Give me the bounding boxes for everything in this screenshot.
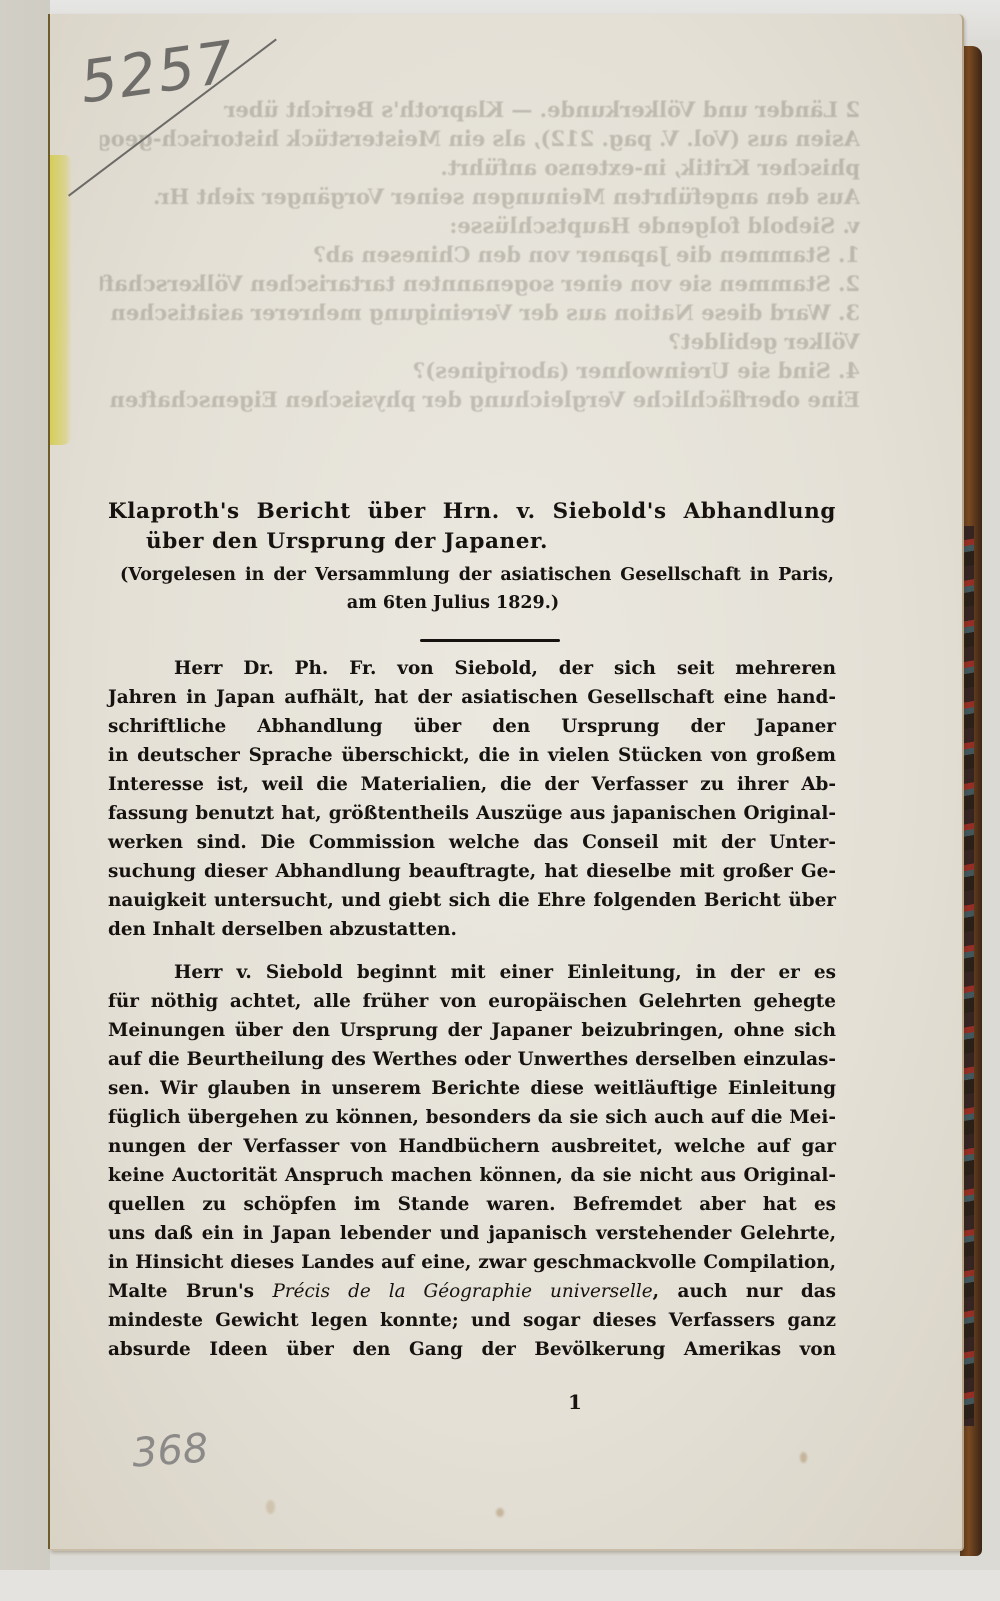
foxing-spot <box>496 1508 504 1517</box>
handwritten-number: 368 <box>130 1425 209 1476</box>
bleed-through-text: 2 Länder und Völkerkunde. — Klaproth's B… <box>100 95 860 475</box>
foxing-spot <box>800 1452 807 1463</box>
article-subtitle: (Vorgelesen in der Versammlung der asiat… <box>108 561 836 617</box>
page-number: 1 <box>568 1390 582 1414</box>
foxing-spot <box>266 1500 275 1514</box>
article-body: Herr Dr. Ph. Fr. von Siebold, der sich s… <box>108 654 836 1364</box>
paragraph-2: Herr v. Siebold beginnt mit einer Einlei… <box>108 958 836 1364</box>
marbled-endpaper <box>964 526 974 1426</box>
italic-book-title: Précis de la Géographie universelle <box>272 1281 652 1302</box>
article-title: Klaproth's Bericht über Hrn. v. Siebold'… <box>108 497 836 557</box>
background-surface-bottom <box>0 1570 1000 1601</box>
paragraph-1: Herr Dr. Ph. Fr. von Siebold, der sich s… <box>108 654 836 944</box>
section-divider <box>420 639 560 642</box>
facing-page-edge <box>0 0 50 1601</box>
article: Klaproth's Bericht über Hrn. v. Siebold'… <box>108 497 836 1364</box>
glue-stain <box>50 155 72 445</box>
line-with-italic-title: Malte Brun's Précis de la Géographie uni… <box>108 1277 836 1306</box>
